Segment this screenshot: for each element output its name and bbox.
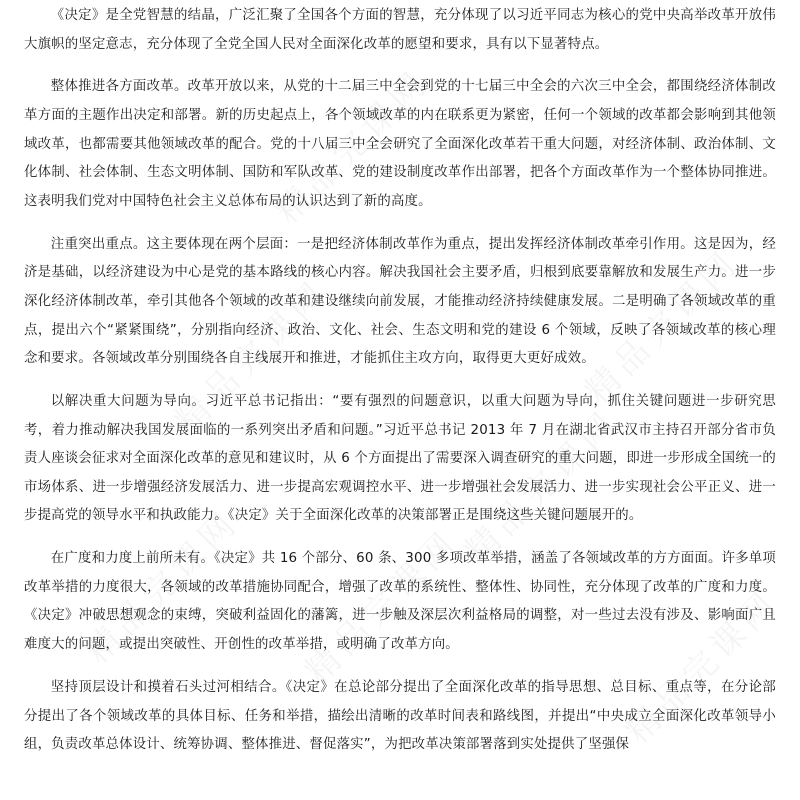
paragraph-problem-oriented: 以解决重大问题为导向。习近平总书记指出：“要有强烈的问题意识，以重大问题为导向，… bbox=[24, 388, 776, 531]
paragraph-breadth-depth: 在广度和力度上前所未有。《决定》共 16 个部分、60 条、300 多项改革举措… bbox=[24, 545, 776, 659]
paragraph-key-focus: 注重突出重点。这主要体现在两个层面：一是把经济体制改革作为重点，提出发挥经济体制… bbox=[24, 231, 776, 374]
paragraph-overall-reform: 整体推进各方面改革。改革开放以来，从党的十二届三中全会到党的十七届三中全会的六次… bbox=[24, 73, 776, 216]
document-body: 《决定》是全党智慧的结晶，广泛汇聚了全国各个方面的智慧，充分体现了以习近平同志为… bbox=[24, 2, 776, 774]
paragraph-intro: 《决定》是全党智慧的结晶，广泛汇聚了全国各个方面的智慧，充分体现了以习近平同志为… bbox=[24, 2, 776, 59]
paragraph-top-level-design: 坚持顶层设计和摸着石头过河相结合。《决定》在总论部分提出了全面深化改革的指导思想… bbox=[24, 674, 776, 760]
